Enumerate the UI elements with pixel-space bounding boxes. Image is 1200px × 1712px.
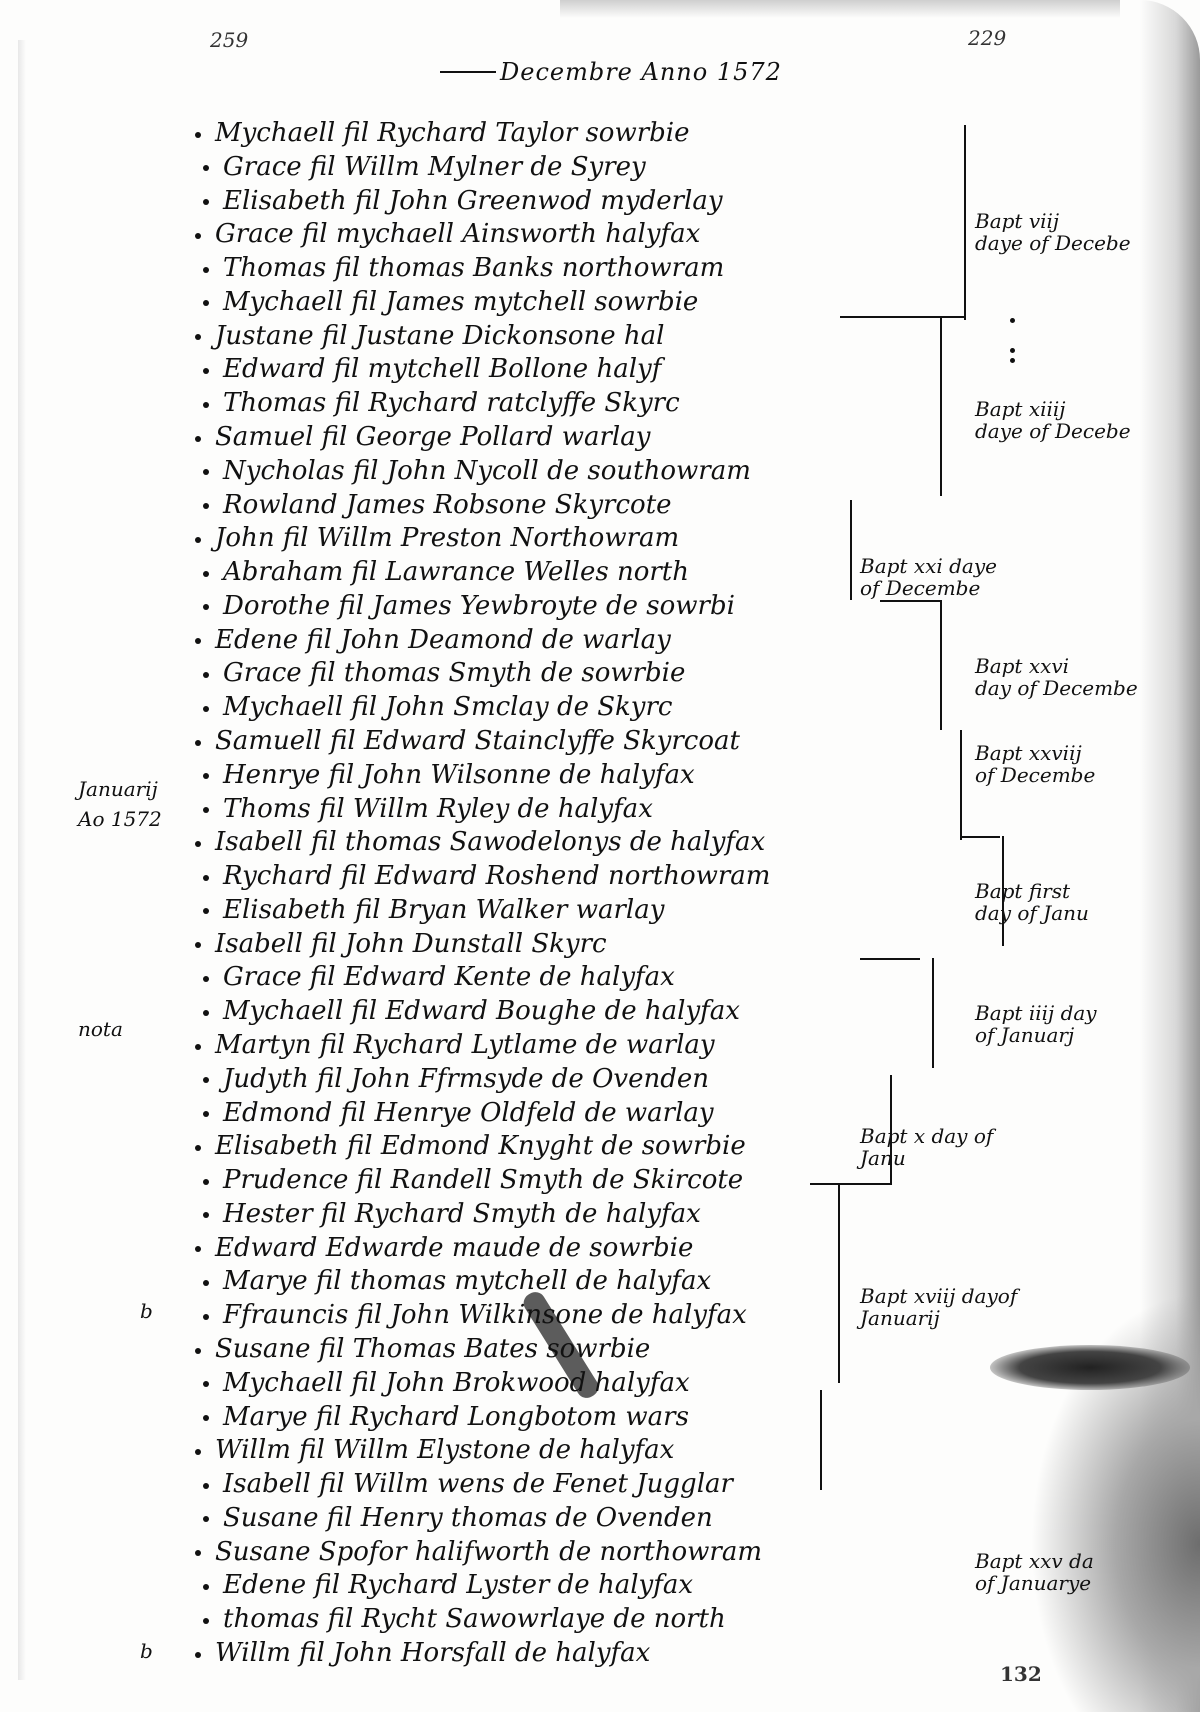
note-line-2: of Decembe (860, 577, 997, 599)
note-line-2: daye of Decebe (975, 420, 1131, 442)
entry-text: Ffrauncis fil John Wilkinsone de halyfax (223, 1300, 747, 1330)
group-bracket (820, 1390, 822, 1490)
entry-text: Willm fil Willm Elystone de halyfax (215, 1435, 674, 1465)
margin-dot (1010, 348, 1015, 353)
entry-text: Susane Spofor halifworth de northowram (215, 1537, 762, 1567)
register-entry: Samuell fil Edward Stainclyffe Skyrcoat (195, 728, 740, 754)
entry-text: Mychaell fil Edward Boughe de halyfax (223, 996, 740, 1026)
entry-bullet (195, 1550, 201, 1556)
entry-text: John fil Willm Preston Northowram (215, 523, 679, 553)
note-line-2: daye of Decebe (975, 232, 1131, 254)
entry-bullet (203, 976, 209, 982)
entry-text: Edene fil Rychard Lyster de halyfax (223, 1570, 693, 1600)
entry-bullet (195, 1652, 201, 1658)
note-line-2: Janu (860, 1147, 993, 1169)
entry-bullet (203, 807, 209, 813)
entry-bullet (203, 1179, 209, 1185)
entry-bullet (203, 402, 209, 408)
group-bracket (932, 958, 934, 1068)
register-entry: Grace fil Willm Mylner de Syrey (203, 154, 646, 180)
entry-text: Grace fil thomas Smyth de sowrbie (223, 658, 685, 688)
note-line-1: Bapt xxvi (975, 655, 1138, 677)
entry-bullet (203, 1212, 209, 1218)
entry-bullet (195, 233, 201, 239)
entry-bullet (203, 165, 209, 171)
entry-text: Abraham fil Lawrance Welles north (223, 557, 689, 587)
entry-text: Willm fil John Horsfall de halyfax (215, 1638, 650, 1668)
left-margin-note: Ao 1572 (78, 808, 162, 831)
entry-text: Elisabeth fil Edmond Knyght de sowrbie (215, 1131, 746, 1161)
entry-bullet (195, 537, 201, 543)
entry-text: Edward fil mytchell Bollone halyf (223, 354, 661, 384)
register-entry: Thoms fil Willm Ryley de halyfax (203, 796, 653, 822)
entry-text: Edene fil John Deamond de warlay (215, 625, 671, 655)
register-entry: Mychaell fil James mytchell sowrbie (203, 289, 698, 315)
baptism-date-note: Bapt firstday of Janu (975, 880, 1089, 924)
entry-text: Henrye fil John Wilsonne de halyfax (223, 760, 695, 790)
entry-bullet (203, 1618, 209, 1624)
entry-text: Isabell fil John Dunstall Skyrc (215, 929, 607, 959)
register-entry: Edene fil Rychard Lyster de halyfax (203, 1572, 693, 1598)
note-line-1: Bapt xxviij (975, 742, 1095, 764)
note-line-1: Bapt xviij dayof (860, 1285, 1017, 1307)
register-entry: John fil Willm Preston Northowram (195, 525, 679, 551)
register-entry: Judyth fil John Ffrmsyde de Ovenden (203, 1066, 709, 1092)
entry-text: thomas fil Rycht Sawowrlaye de north (223, 1604, 726, 1634)
entry-text: Elisabeth fil Bryan Walker warlay (223, 895, 664, 925)
note-line-1: Bapt x day of (860, 1125, 993, 1147)
entry-bullet (203, 368, 209, 374)
register-entry: thomas fil Rycht Sawowrlaye de north (203, 1606, 726, 1632)
note-line-1: Bapt xxi daye (860, 555, 997, 577)
entry-text: Thomas fil thomas Banks northowram (223, 253, 724, 283)
entry-bullet (195, 1145, 201, 1151)
note-line-2: of Januarj (975, 1024, 1097, 1046)
group-bracket (850, 500, 852, 600)
register-entry: Henrye fil John Wilsonne de halyfax (203, 762, 695, 788)
entry-bullet (203, 300, 209, 306)
note-line-2: day of Janu (975, 902, 1089, 924)
page-edge-left (18, 40, 26, 1680)
register-entry: Marye fil Rychard Longbotom wars (203, 1404, 689, 1430)
register-entry: Thomas fil thomas Banks northowram (203, 255, 724, 281)
entry-text: Mychaell fil Rychard Taylor sowrbie (215, 118, 689, 148)
entry-bullet (203, 1415, 209, 1421)
entry-bullet (203, 503, 209, 509)
entry-bullet (203, 672, 209, 678)
entry-text: Susane fil Thomas Bates sowrbie (215, 1334, 650, 1364)
entry-text: Mychaell fil James mytchell sowrbie (223, 287, 698, 317)
entry-bullet (203, 1314, 209, 1320)
register-entry: Samuel fil George Pollard warlay (195, 424, 650, 450)
entry-bullet (203, 604, 209, 610)
entry-bullet (203, 875, 209, 881)
group-rule (810, 1183, 892, 1185)
entry-bullet (195, 841, 201, 847)
entry-bullet (195, 740, 201, 746)
entry-text: Prudence fil Randell Smyth de Skircote (223, 1165, 743, 1195)
note-line-2: Januarij (860, 1307, 1017, 1329)
entry-text: Mychaell fil John Brokwood halyfax (223, 1368, 690, 1398)
entry-text: Isabell fil thomas Sawodelonys de halyfa… (215, 827, 765, 857)
entry-text: Samuel fil George Pollard warlay (215, 422, 650, 452)
note-line-1: Bapt viij (975, 210, 1131, 232)
entry-text: Martyn fil Rychard Lytlame de warlay (215, 1030, 715, 1060)
entry-bullet (195, 436, 201, 442)
entry-bullet (203, 1483, 209, 1489)
margin-dot (1010, 358, 1015, 363)
register-entry: Edmond fil Henrye Oldfeld de warlay (203, 1100, 714, 1126)
group-bracket (960, 730, 962, 840)
folio-number-right: 229 (968, 26, 1006, 50)
entry-text: Susane fil Henry thomas de Ovenden (223, 1503, 713, 1533)
register-entry: Edene fil John Deamond de warlay (195, 627, 671, 653)
baptism-date-note: Bapt iiij dayof Januarj (975, 1002, 1097, 1046)
entry-text: Thoms fil Willm Ryley de halyfax (223, 794, 653, 824)
entry-bullet (203, 1381, 209, 1387)
folio-number-left: 259 (210, 28, 248, 52)
entry-text: Nycholas fil John Nycoll de southowram (223, 456, 751, 486)
register-entry: Elisabeth fil Bryan Walker warlay (203, 897, 664, 923)
entry-bullet (195, 132, 201, 138)
entry-text: Samuell fil Edward Stainclyffe Skyrcoat (215, 726, 740, 756)
entry-bullet (203, 1516, 209, 1522)
entry-bullet (203, 1280, 209, 1286)
baptism-date-note: Bapt xiiijdaye of Decebe (975, 398, 1131, 442)
entry-bullet (203, 1584, 209, 1590)
entry-text: Mychaell fil John Smclay de Skyrc (223, 692, 673, 722)
page-edge-top (560, 0, 1120, 18)
register-entry: Isabell fil John Dunstall Skyrc (195, 931, 607, 957)
note-line-1: Bapt xxv da (975, 1550, 1094, 1572)
group-rule (840, 316, 966, 318)
register-entry: Abraham fil Lawrance Welles north (203, 559, 689, 585)
register-entry: Isabell fil Willm wens de Fenet Jugglar (203, 1471, 733, 1497)
entry-text: Judyth fil John Ffrmsyde de Ovenden (223, 1064, 709, 1094)
margin-dot (1010, 318, 1015, 323)
entry-text: Edward Edwarde maude de sowrbie (215, 1233, 693, 1263)
note-line-1: Bapt iiij day (975, 1002, 1097, 1024)
group-bracket (964, 125, 966, 320)
entry-bullet (203, 571, 209, 577)
note-line-2: of Decembe (975, 764, 1095, 786)
entry-text: Elisabeth fil John Greenwod myderlay (223, 186, 723, 216)
baptism-date-note: Bapt x day ofJanu (860, 1125, 993, 1169)
register-entry: Nycholas fil John Nycoll de southowram (203, 458, 751, 484)
baptism-date-note: Bapt viijdaye of Decebe (975, 210, 1131, 254)
entry-text: Marye fil Rychard Longbotom wars (223, 1402, 689, 1432)
entry-text: Grace fil Willm Mylner de Syrey (223, 152, 646, 182)
left-margin-note: b (140, 1300, 153, 1323)
left-margin-note: b (140, 1640, 153, 1663)
entry-bullet (195, 1044, 201, 1050)
entry-bullet (195, 1348, 201, 1354)
entry-bullet (195, 638, 201, 644)
group-bracket (940, 600, 942, 730)
baptism-date-note: Bapt xxviday of Decembe (975, 655, 1138, 699)
entry-text: Thomas fil Rychard ratclyffe Skyrc (223, 388, 680, 418)
register-entry: Ffrauncis fil John Wilkinsone de halyfax (203, 1302, 747, 1328)
register-entry: Edward fil mytchell Bollone halyf (203, 356, 661, 382)
register-entry: Grace fil thomas Smyth de sowrbie (203, 660, 685, 686)
entry-bullet (203, 469, 209, 475)
group-bracket (838, 1183, 840, 1383)
entry-bullet (203, 1077, 209, 1083)
register-entry: Prudence fil Randell Smyth de Skircote (203, 1167, 743, 1193)
entry-text: Rychard fil Edward Roshend northowram (223, 861, 770, 891)
register-entry: Susane Spofor halifworth de northowram (195, 1539, 762, 1565)
register-entry: Mychaell fil John Smclay de Skyrc (203, 694, 673, 720)
register-entry: Thomas fil Rychard ratclyffe Skyrc (203, 390, 680, 416)
folio-number-bottom: 132 (1000, 1662, 1042, 1686)
entry-bullet (195, 1246, 201, 1252)
entry-bullet (195, 942, 201, 948)
register-entry: Mychaell fil Edward Boughe de halyfax (203, 998, 740, 1024)
baptism-date-note: Bapt xxv daof Januarye (975, 1550, 1094, 1594)
register-entry: Elisabeth fil John Greenwod myderlay (203, 188, 723, 214)
entry-bullet (203, 908, 209, 914)
left-margin-note: Januarij (78, 778, 158, 801)
register-entry: Justane fil Justane Dickonsone hal (195, 323, 664, 349)
register-entry: Susane fil Henry thomas de Ovenden (203, 1505, 713, 1531)
entry-bullet (195, 1449, 201, 1455)
entry-text: Rowland James Robsone Skyrcote (223, 490, 672, 520)
entry-text: Justane fil Justane Dickonsone hal (215, 321, 664, 351)
entry-bullet (203, 1111, 209, 1117)
entry-text: Marye fil thomas mytchell de halyfax (223, 1266, 711, 1296)
register-entry: Mychaell fil John Brokwood halyfax (203, 1370, 690, 1396)
register-entry: Willm fil John Horsfall de halyfax (195, 1640, 650, 1666)
entry-bullet (203, 267, 209, 273)
register-entry: Grace fil mychaell Ainsworth halyfax (195, 221, 700, 247)
group-rule (880, 600, 940, 602)
note-line-1: Bapt first (975, 880, 1089, 902)
note-line-2: of Januarye (975, 1572, 1094, 1594)
entry-bullet (203, 773, 209, 779)
left-margin-note: nota (78, 1018, 123, 1041)
register-entry: Grace fil Edward Kente de halyfax (203, 964, 675, 990)
entry-bullet (203, 199, 209, 205)
register-entry: Elisabeth fil Edmond Knyght de sowrbie (195, 1133, 746, 1159)
note-line-1: Bapt xiiij (975, 398, 1131, 420)
register-entry: Rowland James Robsone Skyrcote (203, 492, 672, 518)
entry-text: Hester fil Rychard Smyth de halyfax (223, 1199, 701, 1229)
entry-text: Dorothe fil James Yewbroyte de sowrbi (223, 591, 735, 621)
page-heading: Decembre Anno 1572 (500, 58, 782, 86)
group-bracket (940, 316, 942, 496)
group-rule (960, 836, 1000, 838)
register-entry: Edward Edwarde maude de sowrbie (195, 1235, 693, 1261)
register-entry: Willm fil Willm Elystone de halyfax (195, 1437, 674, 1463)
entry-text: Grace fil mychaell Ainsworth halyfax (215, 219, 700, 249)
register-entry: Rychard fil Edward Roshend northowram (203, 863, 770, 889)
register-entry: Martyn fil Rychard Lytlame de warlay (195, 1032, 715, 1058)
register-entry: Marye fil thomas mytchell de halyfax (203, 1268, 711, 1294)
register-entry: Dorothe fil James Yewbroyte de sowrbi (203, 593, 735, 619)
entry-bullet (195, 334, 201, 340)
register-entry: Susane fil Thomas Bates sowrbie (195, 1336, 650, 1362)
ink-blot (990, 1345, 1190, 1390)
entry-text: Isabell fil Willm wens de Fenet Jugglar (223, 1469, 733, 1499)
register-entry: Mychaell fil Rychard Taylor sowrbie (195, 120, 689, 146)
entry-bullet (203, 706, 209, 712)
baptism-date-note: Bapt xxi dayeof Decembe (860, 555, 997, 599)
note-line-2: day of Decembe (975, 677, 1138, 699)
entry-text: Grace fil Edward Kente de halyfax (223, 962, 675, 992)
baptism-date-note: Bapt xxviijof Decembe (975, 742, 1095, 786)
register-entry: Isabell fil thomas Sawodelonys de halyfa… (195, 829, 765, 855)
entry-text: Edmond fil Henrye Oldfeld de warlay (223, 1098, 714, 1128)
group-rule (860, 958, 920, 960)
register-entry: Hester fil Rychard Smyth de halyfax (203, 1201, 701, 1227)
baptism-date-note: Bapt xviij dayofJanuarij (860, 1285, 1017, 1329)
register-page: 259 229 132 Decembre Anno 1572 Mychaell … (0, 0, 1200, 1712)
entry-bullet (203, 1010, 209, 1016)
